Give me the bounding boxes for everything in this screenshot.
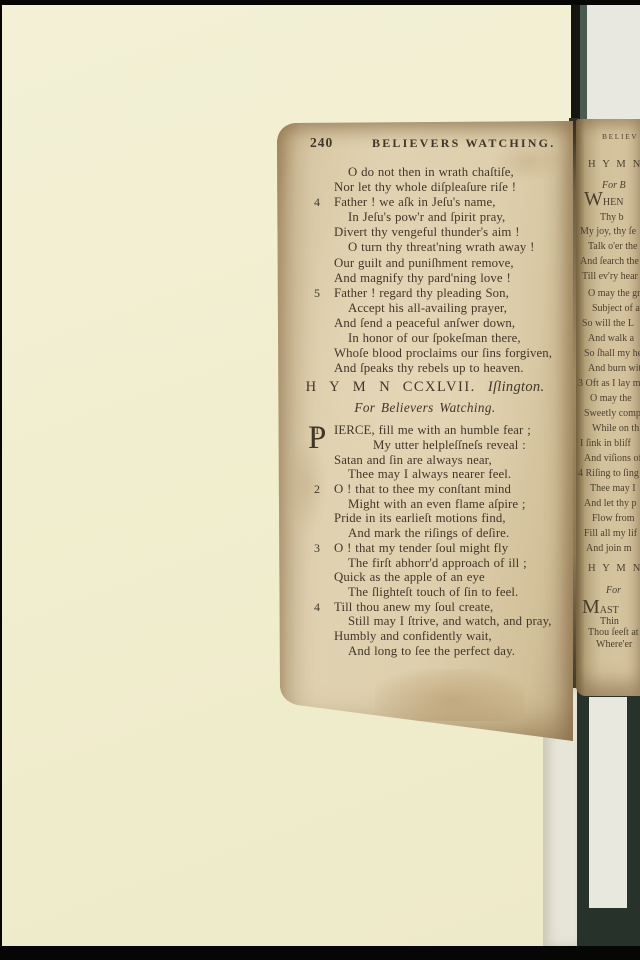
hymn-number: CCXLVII. [403,379,476,395]
facing-page-text-fragment: Thou ſeeſt at [588,627,639,639]
hymn-line-text: Still may I ſtrive, and watch, and pray, [277,614,552,629]
hymn-line-text: In Jeſu's pow'r and ſpirit pray, [277,210,505,225]
hymn-subtitle: For Believers Watching. [277,400,573,415]
page-header: 240 BELIEVERS WATCHING. [277,135,573,149]
facing-page-text-fragment: Fill all my lif [584,528,637,540]
facing-page-text-fragment: Thee may I [590,483,636,495]
photo-frame-top [0,0,640,5]
hymn-line: Nor let thy whole diſpleaſure riſe ! [277,180,573,195]
hymn-line-text: Our guilt and puniſhment remove, [277,256,514,271]
facing-page-text-fragment: H Y M N C [588,159,640,171]
facing-page-text-fragment: So ſhall my he [584,348,640,360]
facing-page-text-fragment: And let thy p [584,498,637,510]
book-cover-edge-teal [580,5,587,135]
hymn-line-text: And long to ſee the perfect day. [277,644,515,659]
hymn-line: 3O ! that my tender ſoul might fly [277,541,573,556]
hymn-line: Still may I ſtrive, and watch, and pray, [277,614,573,629]
hymn-line: 1PIERCE, fill me with an humble fear ; [277,423,573,438]
hymn-line-text: O turn thy threat'ning wrath away ! [277,240,535,255]
hymn-line: The ſlighteſt touch of ſin to feel. [277,585,573,600]
hymn-line-text: Father ! regard thy pleading Son, [277,286,509,301]
hymn-line: And ſend a peaceful anſwer down, [277,316,573,331]
hymn-line-text: O do not then in wrath chaſtiſe, [277,165,514,180]
hymn-line: In honor of our ſpokeſman there, [277,331,573,346]
drop-cap-letter: W [584,188,603,210]
facing-page-text-fragment: For [606,585,621,597]
hymn-line: Thee may I always nearer feel. [277,467,573,482]
facing-page-text-fragment: Sweetly comp [584,408,640,420]
running-title: BELIEVERS WATCHING. [372,136,555,151]
page-block-top [587,5,640,133]
hymn-line: 2O ! that to thee my conſtant mind [277,482,573,497]
hymn-line: My utter helpleſſneſs reveal : [277,438,573,453]
hymn-line: And magnify thy pard'ning love ! [277,271,573,286]
hymn-line-text: Pride in its earlieſt motions find, [277,511,506,526]
hymn-line: And mark the riſings of deſire. [277,526,573,541]
hymn-line-text: Whoſe blood proclaims our ſins forgiven, [277,346,552,361]
facing-page-text-fragment: WHEN [584,193,623,209]
hymn-line-text: And magnify thy pard'ning love ! [277,271,511,286]
hymn-line-text: And mark the riſings of deſire. [277,526,509,541]
hymn-line-text: And ſend a peaceful anſwer down, [277,316,515,331]
hymn-line-text: Thee may I always nearer feel. [277,467,511,482]
hymn-line: Accept his all-availing prayer, [277,301,573,316]
hymn-line-text: Accept his all-availing prayer, [277,301,507,316]
photo-frame-bottom [0,946,640,960]
facing-page-text-fragment: And join m [586,543,632,555]
facing-page-text-fragment: While on th [592,423,639,435]
hymn-line-text: Satan and ſin are always near, [277,453,492,468]
facing-page-text-fragment: 4 Riſing to ſing [578,468,639,480]
book-page: 240 BELIEVERS WATCHING. O do not then in… [277,121,573,746]
hymn-line: Pride in its earlieſt motions find, [277,511,573,526]
hymn-line: 4Till thou anew my ſoul create, [277,600,573,615]
verse-number: 4 [314,600,320,615]
facing-page-text-fragment: I ſink in bliſf [580,438,631,450]
photo-frame-left [0,0,2,960]
facing-page-text-fragment: And viſions of [584,453,640,465]
hymn-line: In Jeſu's pow'r and ſpirit pray, [277,210,573,225]
facing-page-text-fragment: 3 Oft as I lay m [578,378,640,390]
facing-page-text-fragment: Flow from [592,513,635,525]
hymn-line: Quick as the apple of an eye [277,570,573,585]
hymn-line: Might with an even flame aſpire ; [277,497,573,512]
hymn-heading: H Y M NCCXLVII.Iſlington. [277,378,573,396]
facing-page-text-fragment: And walk a [588,333,634,345]
facing-page-text-fragment: BELIEV [602,131,638,143]
hymn-line: O turn thy threat'ning wrath away ! [277,240,573,255]
hymn-line: O do not then in wrath chaſtiſe, [277,165,573,180]
facing-page-text-fragment: For B [602,180,626,192]
hymn-line-text: Might with an even flame aſpire ; [277,497,526,512]
hymn-line: Whoſe blood proclaims our ſins forgiven, [277,346,573,361]
hymn-line: And long to ſee the perfect day. [277,644,573,659]
facing-page-text-fragment: Thy b [600,212,624,224]
hymn-line-text: And ſpeaks thy rebels up to heaven. [277,361,524,376]
hymn-line-text: Till thou anew my ſoul create, [277,600,493,615]
hymn-line: 5Father ! regard thy pleading Son, [277,286,573,301]
page-block-notch [589,697,627,908]
facing-page-edge: BELIEVH Y M N CFor BWHENThy bMy joy, thy… [576,119,640,696]
hymn-line-text: Father ! we aſk in Jeſu's name, [277,195,496,210]
hymn-line-text: My utter helpleſſneſs reveal : [277,438,526,453]
hymn-line: The firſt abhorr'd approach of ill ; [277,556,573,571]
verse-number: 3 [314,541,320,556]
hymn-line-text: Nor let thy whole diſpleaſure riſe ! [277,180,516,195]
hymn-line: Humbly and confidently wait, [277,629,573,644]
hymn-line-text: Quick as the apple of an eye [277,570,485,585]
facing-page-text-fragment: And burn wit [588,363,640,375]
hymn-ccxlvi-lines: O do not then in wrath chaſtiſe,Nor let … [277,165,573,376]
hymn-line-text: Humbly and confidently wait, [277,629,492,644]
hymn-line: Divert thy vengeful thunder's aim ! [277,225,573,240]
paper-stain [375,669,525,721]
facing-page-text-fragment: O may the gra [588,288,640,300]
facing-page-text-fragment: Till ev'ry hear [582,271,638,283]
facing-page-text-fragment: O may the [590,393,632,405]
verse-number: 4 [314,195,320,210]
hymn-line-text: O ! that my tender ſoul might fly [277,541,508,556]
page-number: 240 [310,135,333,151]
hymn-line-text: The ſlighteſt touch of ſin to feel. [277,585,518,600]
hymn-line: Satan and ſin are always near, [277,453,573,468]
facing-page-text-fragment: Talk o'er the [588,241,637,253]
facing-page-text-fragment: So will the L [582,318,634,330]
verse-number: 5 [314,286,320,301]
hymn-ccxlvii-lines: 1PIERCE, fill me with an humble fear ;My… [277,423,573,658]
hymn-heading-label: H Y M N [306,379,395,395]
hymn-line-text: The firſt abhorr'd approach of ill ; [277,556,527,571]
hymn-line: 4Father ! we aſk in Jeſu's name, [277,195,573,210]
hymn-line: Our guilt and puniſhment remove, [277,256,573,271]
hymn-line-text: O ! that to thee my conſtant mind [277,482,511,497]
facing-page-text-fragment: MAST [582,601,619,617]
verse-number: 2 [314,482,320,497]
hymn-line-text: Divert thy vengeful thunder's aim ! [277,225,520,240]
drop-cap-letter: M [582,596,600,618]
hymn-line: And ſpeaks thy rebels up to heaven. [277,361,573,376]
hymn-line-text: In honor of our ſpokeſman there, [277,331,521,346]
facing-page-text-fragment: And ſearch the [580,256,639,268]
facing-page-text-fragment: Subject of al [592,303,640,315]
facing-page-text-fragment: Where'er [596,639,632,651]
book-cover-edge-dark [571,5,580,135]
hymn-tune-name: Iſlington. [488,379,545,395]
facing-page-text-fragment: H Y M N [588,563,640,575]
facing-page-text-fragment: My joy, thy ſe [580,226,636,238]
